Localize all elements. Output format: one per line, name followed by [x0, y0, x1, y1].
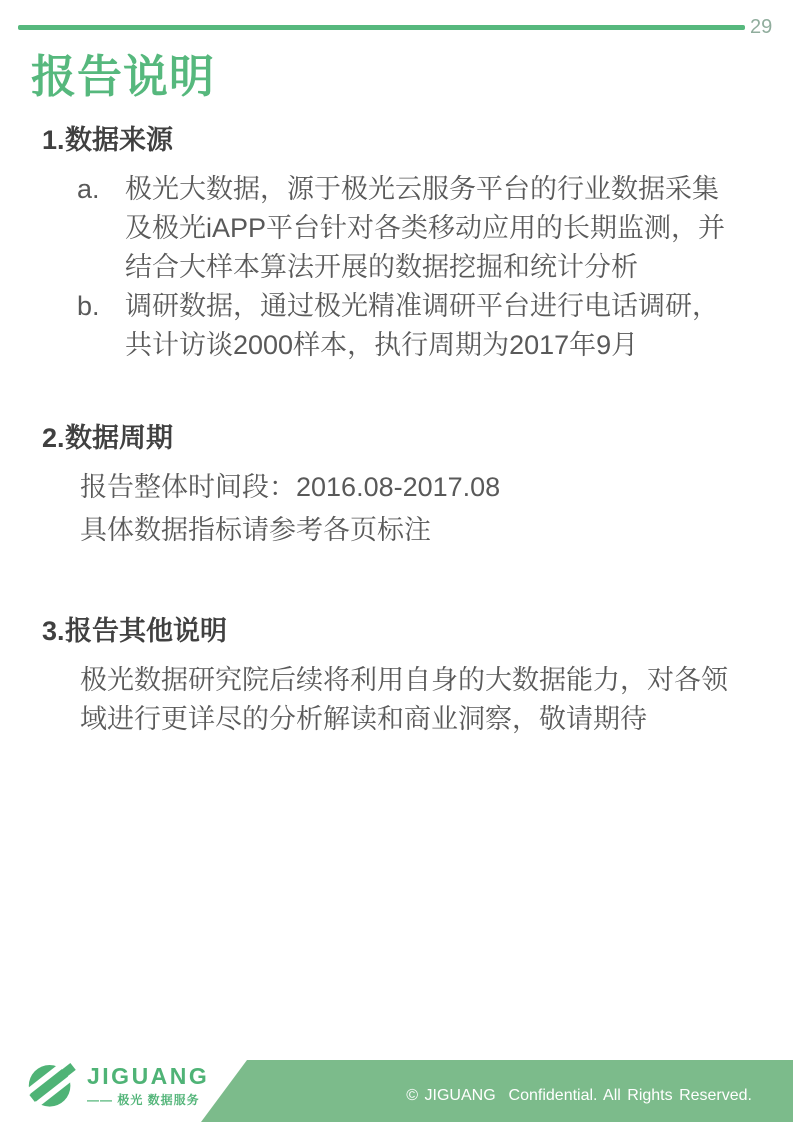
list-item-b: b. 调研数据，通过极光精准调研平台进行电话调研，共计访谈2000样本，执行周期… — [42, 287, 742, 365]
jiguang-logo-icon — [28, 1061, 76, 1109]
section-heading: 报告其他说明 — [65, 614, 227, 648]
section-heading-row: 1. 数据来源 — [42, 123, 742, 157]
list-item-label: a. — [77, 170, 125, 287]
section-other-notes: 3. 报告其他说明 极光数据研究院后续将利用自身的大数据能力，对各领域进行更详尽… — [42, 614, 742, 739]
logo-wordmark: JIGUANG — [87, 1064, 209, 1089]
page-title: 报告说明 — [31, 52, 215, 102]
top-divider-line — [18, 25, 745, 30]
list-item-label: b. — [77, 287, 125, 365]
logo-text-block: JIGUANG —— 极光 数据服务 — [87, 1061, 209, 1107]
section-heading-row: 3. 报告其他说明 — [42, 614, 742, 648]
section-heading: 数据来源 — [65, 123, 173, 157]
jiguang-logo: JIGUANG —— 极光 数据服务 — [28, 1061, 209, 1109]
section-heading-row: 2. 数据周期 — [42, 421, 742, 455]
list-item-a: a. 极光大数据，源于极光云服务平台的行业数据采集及极光iAPP平台针对各类移动… — [42, 170, 742, 287]
section-number: 2. — [42, 421, 65, 455]
section-paragraph: 极光数据研究院后续将利用自身的大数据能力，对各领域进行更详尽的分析解读和商业洞察… — [80, 661, 740, 739]
slide-content: 1. 数据来源 a. 极光大数据，源于极光云服务平台的行业数据采集及极光iAPP… — [42, 123, 742, 743]
section-number: 1. — [42, 123, 65, 157]
page-number: 29 — [750, 16, 772, 38]
section-paragraph: 报告整体时间段：2016.08-2017.08 — [80, 468, 740, 507]
section-data-source: 1. 数据来源 a. 极光大数据，源于极光云服务平台的行业数据采集及极光iAPP… — [42, 123, 742, 365]
slide-page: 29 报告说明 1. 数据来源 a. 极光大数据，源于极光云服务平台的行业数据采… — [0, 0, 793, 1122]
section-number: 3. — [42, 614, 65, 648]
list-item-text: 极光大数据，源于极光云服务平台的行业数据采集及极光iAPP平台针对各类移动应用的… — [125, 170, 737, 287]
section-paragraph: 具体数据指标请参考各页标注 — [80, 511, 740, 550]
section-heading: 数据周期 — [65, 421, 173, 455]
list-item-text: 调研数据，通过极光精准调研平台进行电话调研，共计访谈2000样本，执行周期为20… — [125, 287, 737, 365]
copyright-text: © JIGUANG Confidential. All Rights Reser… — [406, 1087, 752, 1105]
logo-tagline: —— 极光 数据服务 — [87, 1093, 209, 1107]
section-data-period: 2. 数据周期 报告整体时间段：2016.08-2017.08 具体数据指标请参… — [42, 421, 742, 550]
